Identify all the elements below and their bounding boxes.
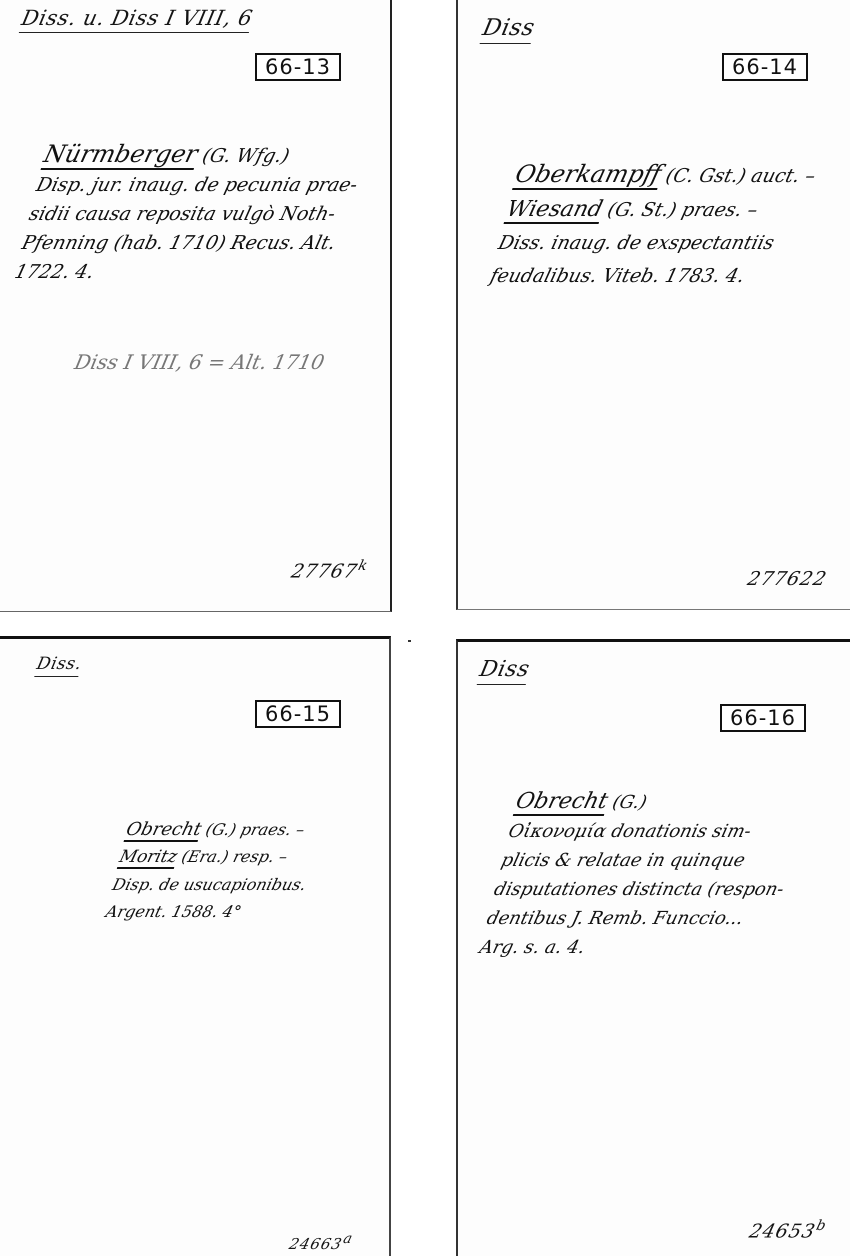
entry-line: Disp. de usucapionibus. <box>110 871 310 898</box>
entry-heading: Obrecht (G.) praes. – <box>123 816 323 843</box>
accession-number: 24653b <box>747 1218 828 1242</box>
catalog-card-66-13: Diss. u. Diss I VIII, 6 66-13 Nürmberger… <box>0 0 392 612</box>
accession-number: 24663a <box>287 1231 355 1253</box>
pencil-note: Diss I VIII, 6 = Alt. 1710 <box>72 350 326 374</box>
praeses-name: Obrecht <box>124 819 204 842</box>
author-name: Oberkampff <box>512 160 664 190</box>
catalog-entry: Obrecht (G.) Oἰκονομία donationis sim- p… <box>476 787 809 962</box>
accession-number-text: 24653 <box>747 1220 818 1242</box>
accession-number: 277622 <box>745 568 829 590</box>
accession-suffix: k <box>356 558 369 574</box>
entry-heading: Obrecht (G.) <box>513 787 810 817</box>
catalog-entry: Nürmberger (G. Wfg.) Disp. jur. inaug. d… <box>11 140 368 287</box>
accession-suffix: b <box>814 1218 828 1234</box>
entry-heading-2: Wiesand (G. St.) praes. – <box>503 193 811 227</box>
accession-number-text: 24663 <box>287 1235 344 1253</box>
author-name: Obrecht <box>513 789 611 816</box>
accession-number: 27767k <box>289 558 370 582</box>
entry-heading: Nürmberger (G. Wfg.) <box>40 140 368 171</box>
entry-line: Pfenning (hab. 1710) Recus. Alt. <box>19 229 347 258</box>
entry-line: Argent. 1588. 4° <box>103 898 303 925</box>
call-number-box: 66-14 <box>722 53 808 81</box>
respondent-name: Moritz <box>117 847 179 869</box>
entry-line: Arg. s. a. 4. <box>476 933 772 962</box>
author-initials: (G. Wfg.) <box>194 145 292 167</box>
catalog-card-66-14: Diss 66-14 Oberkampff (C. Gst.) auct. – … <box>456 0 850 610</box>
call-number-box: 66-16 <box>720 704 806 732</box>
accession-suffix: a <box>341 1231 354 1247</box>
call-number-box: 66-15 <box>255 700 341 728</box>
shelfmark: Diss <box>477 657 532 682</box>
entry-line: 1722. 4. <box>11 258 339 287</box>
author-initials: (G.) <box>605 792 649 813</box>
respondent-initials: (Era.) resp. – <box>175 847 290 866</box>
entry-line: feudalibus. Viteb. 1783. 4. <box>486 260 794 293</box>
accession-number-text: 27767 <box>289 560 360 582</box>
praeses-initials: (G. St.) praes. – <box>599 199 760 221</box>
catalog-card-66-15: Diss. 66-15 Obrecht (G.) praes. – Moritz… <box>0 636 391 1256</box>
shelfmark: Diss. <box>35 654 84 674</box>
entry-line: Diss. inaug. de exspectantiis <box>495 227 803 260</box>
entry-line: sidii causa reposita vulgò Noth- <box>26 200 354 229</box>
catalog-card-66-16: Diss 66-16 Obrecht (G.) Oἰκονομία donati… <box>456 639 850 1256</box>
shelfmark: Diss. u. Diss I VIII, 6 <box>19 6 254 30</box>
shelfmark-text: Diss. <box>34 654 83 677</box>
entry-heading: Oberkampff (C. Gst.) auct. – <box>511 158 819 193</box>
call-number-box: 66-13 <box>255 53 341 81</box>
entry-line: disputationes distincta (respon- <box>491 875 787 904</box>
shelfmark-text: Diss <box>480 15 538 44</box>
entry-heading-2: Moritz (Era.) resp. – <box>116 843 316 871</box>
catalog-entry: Oberkampff (C. Gst.) auct. – Wiesand (G.… <box>486 158 819 293</box>
entry-line: plicis & relatae in quinque <box>498 846 794 875</box>
shelfmark: Diss <box>480 15 537 41</box>
author-initials: (C. Gst.) auct. – <box>657 165 817 187</box>
author-name: Nürmberger <box>41 140 201 170</box>
entry-line: Oἰκονομία donationis sim- <box>505 817 801 846</box>
praeses-initials: (G.) praes. – <box>199 820 307 839</box>
entry-line: dentibus J. Remb. Funccio... <box>484 904 780 933</box>
praeses-name: Wiesand <box>504 197 606 224</box>
shelfmark-text: Diss <box>477 657 532 685</box>
scan-speck <box>408 640 411 642</box>
shelfmark-text: Diss. u. Diss I VIII, 6 <box>19 6 255 33</box>
entry-line: Disp. jur. inaug. de pecunia prae- <box>33 171 361 200</box>
catalog-entry: Obrecht (G.) praes. – Moritz (Era.) resp… <box>103 816 323 925</box>
